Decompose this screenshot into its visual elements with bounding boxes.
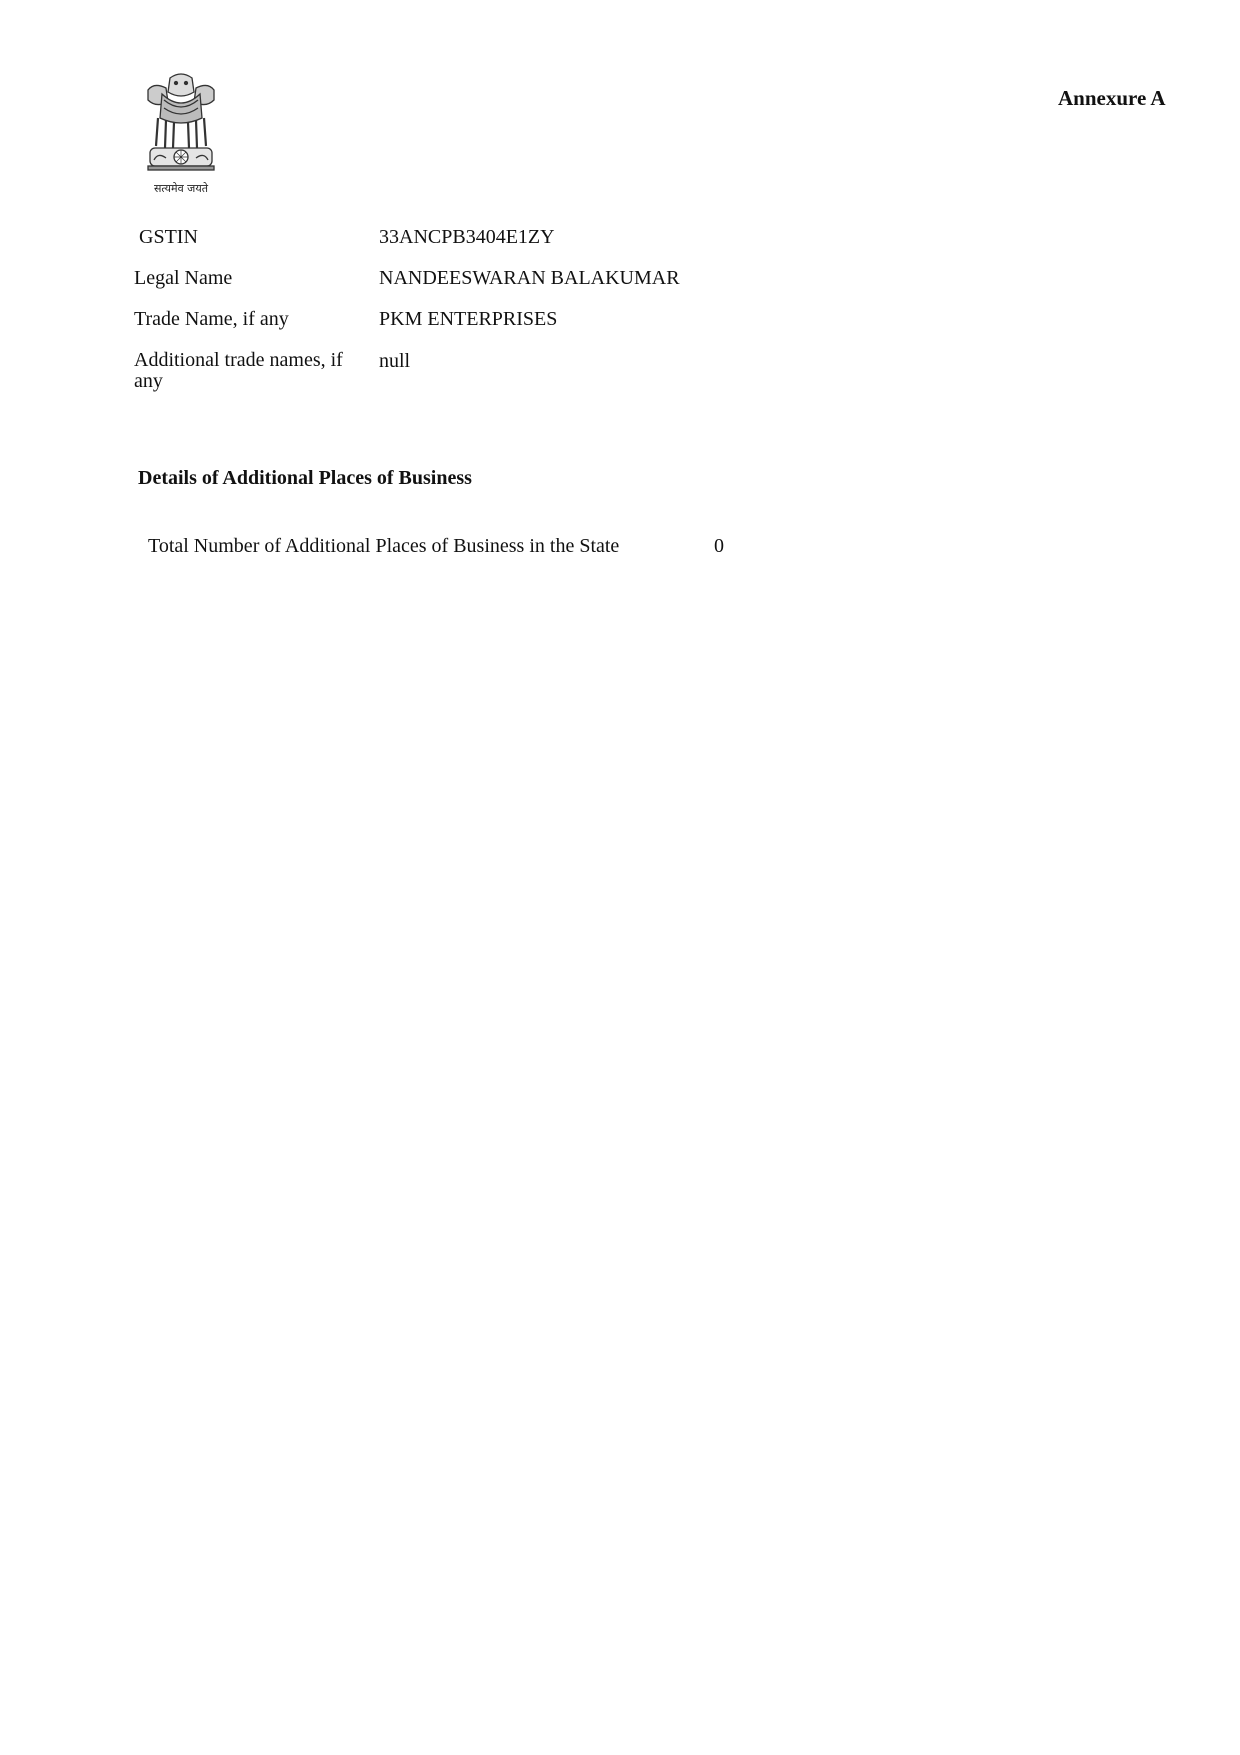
total-additional-places-label: Total Number of Additional Places of Bus… [148, 535, 619, 558]
emblem-motto: सत्यमेव जयते [140, 181, 222, 196]
national-emblem-icon [140, 68, 222, 180]
additional-trade-names-value: null [379, 350, 410, 373]
additional-places-heading: Details of Additional Places of Business [138, 467, 472, 490]
total-additional-places-value: 0 [714, 535, 724, 558]
legal-name-label: Legal Name [134, 267, 232, 290]
national-emblem: सत्यमेव जयते [140, 68, 222, 198]
gstin-label: GSTIN [139, 226, 198, 249]
annexure-title: Annexure A [1058, 86, 1166, 111]
trade-name-label: Trade Name, if any [134, 308, 289, 331]
legal-name-value: NANDEESWARAN BALAKUMAR [379, 267, 680, 290]
gstin-value: 33ANCPB3404E1ZY [379, 226, 555, 249]
trade-name-value: PKM ENTERPRISES [379, 308, 557, 331]
additional-trade-names-label: Additional trade names, if any [134, 350, 369, 392]
